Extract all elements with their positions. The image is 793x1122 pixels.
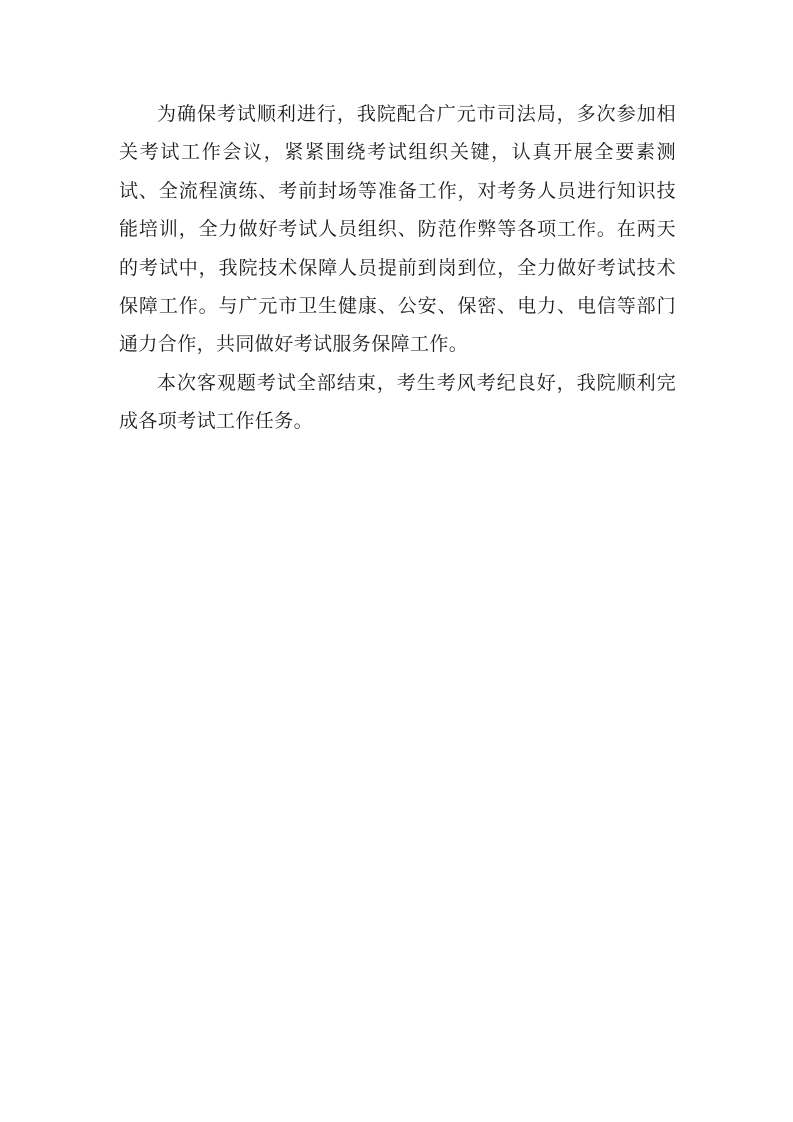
document-body: 为确保考试顺利进行，我院配合广元市司法局，多次参加相关考试工作会议，紧紧围绕考试…	[119, 95, 676, 441]
document-page: 为确保考试顺利进行，我院配合广元市司法局，多次参加相关考试工作会议，紧紧围绕考试…	[0, 0, 793, 1122]
paragraph-exam-conclusion: 本次客观题考试全部结束，考生考风考纪良好，我院顺利完成各项考试工作任务。	[119, 364, 676, 441]
paragraph-exam-preparation: 为确保考试顺利进行，我院配合广元市司法局，多次参加相关考试工作会议，紧紧围绕考试…	[119, 95, 676, 364]
